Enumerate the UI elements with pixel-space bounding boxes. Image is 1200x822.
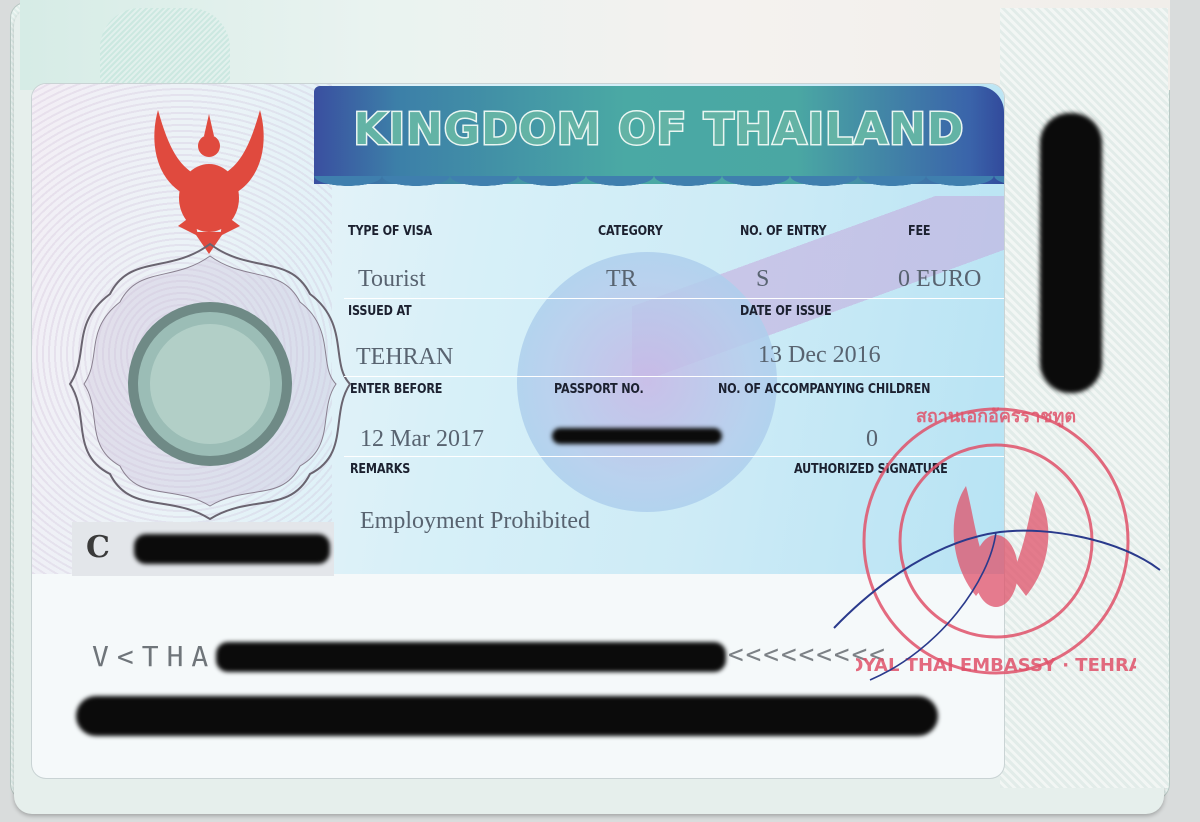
label-issued-at: ISSUED AT: [348, 304, 412, 319]
passport-page-top: [20, 0, 1170, 90]
redacted-handwriting: [1040, 113, 1102, 393]
banner-title: KINGDOM OF THAILAND: [314, 104, 1004, 155]
label-type-of-visa: TYPE OF VISA: [348, 224, 432, 239]
value-remarks: Employment Prohibited: [360, 508, 590, 535]
security-rosette-icon: [60, 234, 360, 524]
mrz-line1-prefix: V<THA: [92, 640, 216, 673]
redacted-passport-no: [552, 428, 722, 444]
ornament-pattern: [100, 8, 230, 88]
label-category: CATEGORY: [598, 224, 663, 239]
label-date-of-issue: DATE OF ISSUE: [740, 304, 831, 319]
redacted-mrz-line2: [76, 696, 938, 736]
redacted-mrz-line1: [216, 642, 726, 672]
value-fee: 0 EURO: [898, 266, 981, 293]
redacted-control-number: [134, 534, 330, 564]
label-passport-no: PASSPORT NO.: [554, 382, 644, 397]
control-number-prefix: C: [86, 530, 110, 565]
label-accompanying-children: NO. OF ACCOMPANYING CHILDREN: [718, 382, 930, 397]
value-issued-at: TEHRAN: [356, 344, 453, 371]
signature-stroke-icon: [820, 500, 1170, 690]
value-enter-before: 12 Mar 2017: [360, 426, 484, 453]
label-enter-before: ENTER BEFORE: [350, 382, 442, 397]
divider: [344, 376, 1004, 377]
divider: [344, 298, 1004, 299]
value-date-of-issue: 13 Dec 2016: [758, 342, 881, 369]
value-category: TR: [606, 266, 637, 293]
label-no-of-entry: NO. OF ENTRY: [740, 224, 826, 239]
title-banner: KINGDOM OF THAILAND: [314, 86, 1004, 184]
svg-text:สถานเอกอัครราชทูต: สถานเอกอัครราชทูต: [916, 406, 1076, 428]
value-no-of-entry: S: [756, 266, 769, 293]
value-type-of-visa: Tourist: [358, 266, 426, 293]
label-fee: FEE: [908, 224, 930, 239]
label-remarks: REMARKS: [350, 462, 410, 477]
